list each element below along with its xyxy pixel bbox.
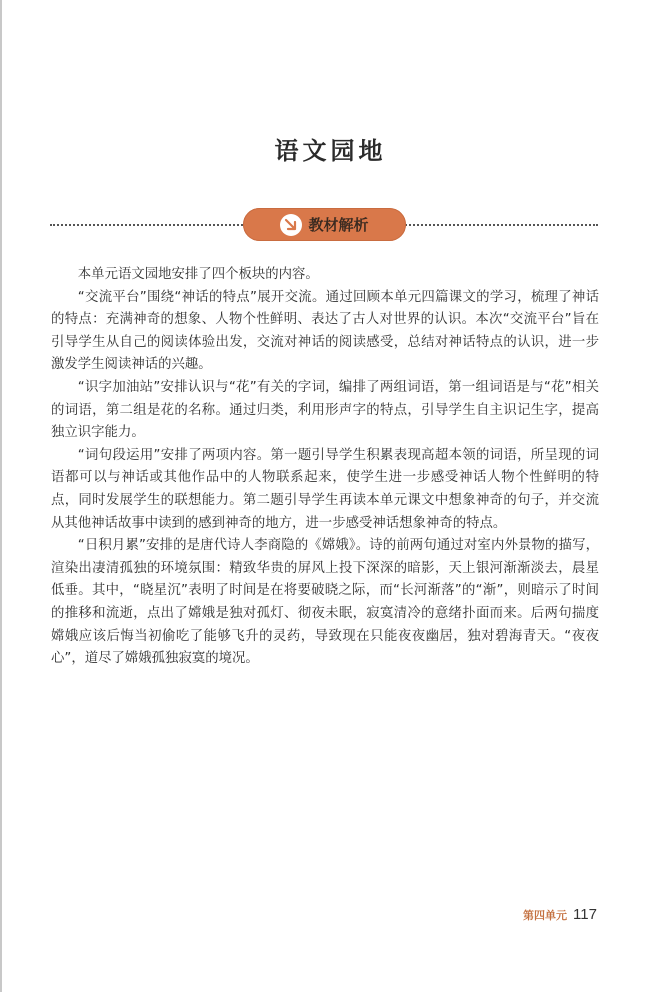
page-footer: 第四单元 117 [523,906,597,923]
body-text: 本单元语文园地安排了四个板块的内容。 “交流平台”围绕“神话的特点”展开交流。通… [51,264,599,671]
paragraph-daily-accumulation: “日积月累”安排的是唐代诗人李商隐的《嫦娥》。诗的前两句通过对室内外景物的描写，… [51,535,599,671]
paragraph-literacy-station: “识字加油站”安排认识与“花”有关的字词，编排了两组词语，第一组词语是与“花”相… [51,377,599,445]
paragraph-exchange-platform: “交流平台”围绕“神话的特点”展开交流。通过回顾本单元四篇课文的学习，梳理了神话… [51,287,599,377]
page-number: 117 [573,906,597,923]
section-badge-label: 教材解析 [308,214,368,235]
page-title: 语文园地 [0,131,661,166]
paragraph-word-sentence-use: “词句段运用”安排了两项内容。第一题引导学生积累表现高超本领的词语，所呈现的词语… [51,445,599,535]
section-badge: 教材解析 [243,208,406,241]
arrow-down-right-circle-icon [280,214,302,236]
paragraph-intro: 本单元语文园地安排了四个板块的内容。 [51,264,599,287]
unit-label: 第四单元 [523,907,567,923]
